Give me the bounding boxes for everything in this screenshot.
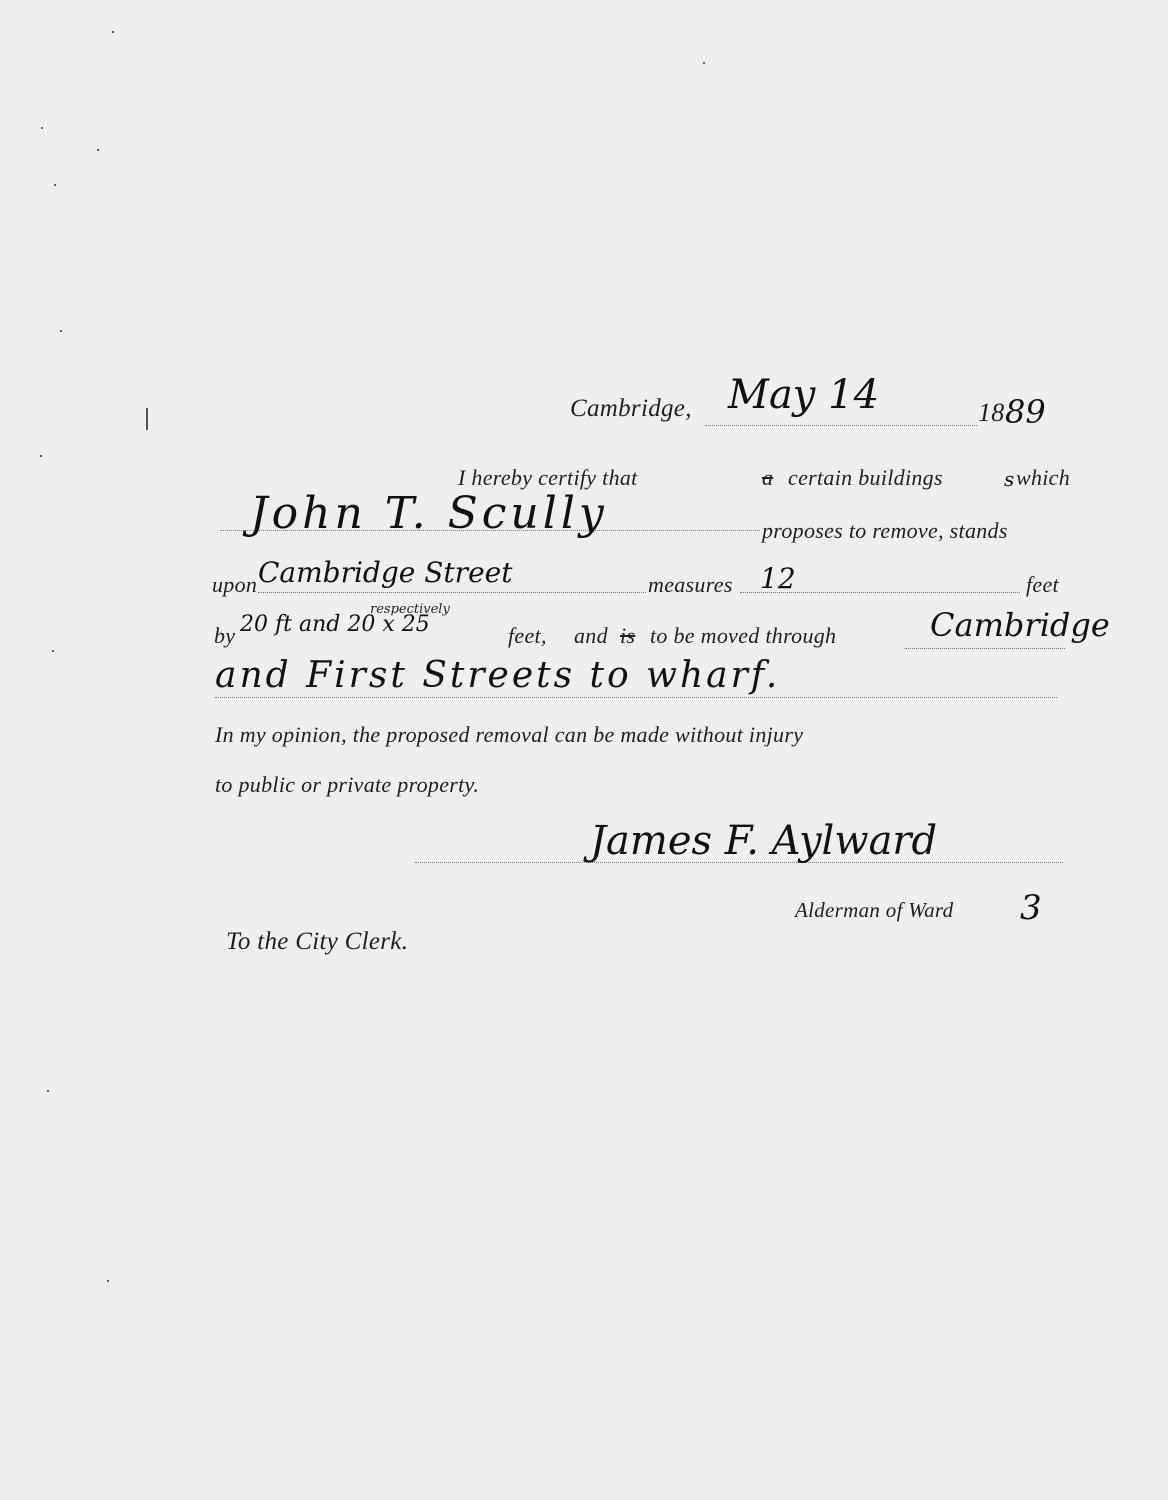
opinion-line-1: In my opinion, the proposed removal can … bbox=[215, 722, 803, 748]
measure-value: 12 bbox=[760, 562, 796, 595]
which-label: which bbox=[1016, 465, 1070, 491]
and-label: and bbox=[574, 623, 608, 649]
scan-speck bbox=[40, 455, 42, 457]
route-handwritten: and First Streets to wharf. bbox=[215, 655, 780, 696]
inserted-s: s bbox=[1004, 467, 1014, 491]
struck-is: is bbox=[620, 623, 635, 649]
route-line bbox=[215, 697, 1057, 698]
respectively-insert: respectively bbox=[370, 602, 450, 617]
date-line bbox=[705, 425, 977, 426]
through-street-handwritten: Cambridge bbox=[930, 606, 1110, 644]
owner-name-handwritten: John T. Scully bbox=[250, 488, 608, 539]
scan-speck bbox=[107, 1280, 109, 1282]
opinion-line-2: to public or private property. bbox=[215, 772, 479, 798]
margin-mark bbox=[146, 408, 148, 430]
struck-article: a bbox=[762, 465, 773, 491]
street-line bbox=[258, 592, 646, 593]
ward-number-handwritten: 3 bbox=[1020, 888, 1042, 928]
certify-suffix: certain buildings bbox=[788, 465, 943, 491]
scan-speck bbox=[112, 31, 114, 33]
scan-speck bbox=[52, 650, 54, 652]
scan-speck bbox=[54, 184, 56, 186]
addressee: To the City Clerk. bbox=[226, 928, 408, 956]
scan-speck bbox=[47, 1090, 49, 1092]
moved-through-label: to be moved through bbox=[650, 623, 836, 649]
scan-speck bbox=[703, 62, 705, 64]
alderman-title: Alderman of Ward bbox=[795, 898, 953, 923]
place-label: Cambridge, bbox=[570, 395, 692, 423]
scan-speck bbox=[60, 330, 62, 332]
feet-label: feet bbox=[1026, 572, 1059, 598]
scan-speck bbox=[97, 149, 99, 151]
feet-comma-label: feet, bbox=[508, 623, 547, 649]
year-printed: 18 bbox=[978, 398, 1005, 428]
signature-handwritten: James F. Aylward bbox=[590, 818, 937, 864]
through-line bbox=[905, 648, 1065, 649]
year-handwritten: 89 bbox=[1005, 393, 1046, 431]
scan-speck bbox=[41, 127, 43, 129]
date-handwritten: May 14 bbox=[728, 372, 879, 418]
owner-printed-after: proposes to remove, stands bbox=[762, 518, 1008, 544]
upon-label: upon bbox=[212, 572, 257, 598]
by-label: by bbox=[214, 623, 235, 649]
street-handwritten: Cambridge Street bbox=[258, 556, 512, 589]
measures-label: measures bbox=[648, 572, 733, 598]
